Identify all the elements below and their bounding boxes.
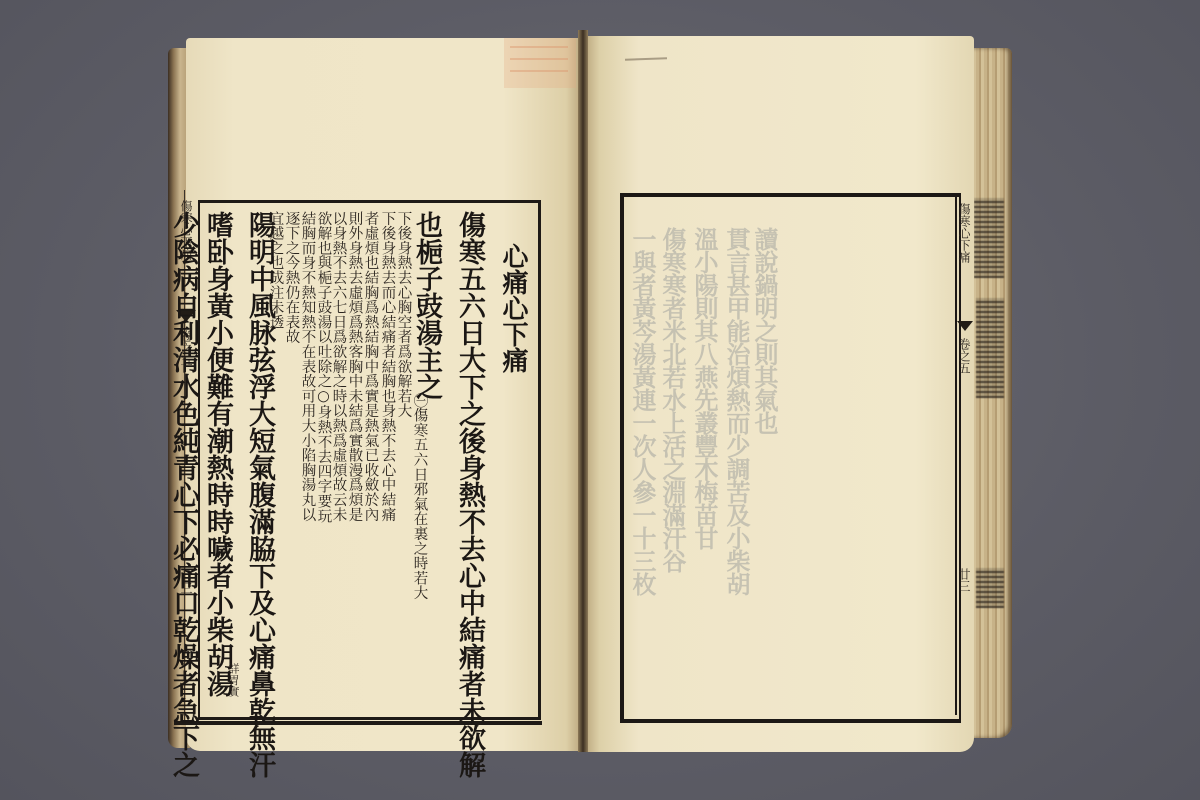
bleed-through-text: 溫小陽則其八燕先叢豐木梅苗甘 [692, 227, 716, 549]
bleed-through-text: 傷寒寒者米北若水上活之淵滿汗谷 [660, 227, 684, 572]
commentary-column: 下後身熱去而心結痛者結胸也身熱不去心中結痛 [380, 211, 395, 522]
left-text-frame: 心痛心下痛 傷寒五六日大下之後身熱不去心中結痛者未欲解 也梔子豉湯主之 ㊀傷寒五… [198, 200, 541, 720]
edge-ink-smear [976, 568, 1004, 608]
commentary-column: 下後身熱去心胸空者爲欲解若大 [396, 211, 411, 418]
edge-ink-smear [976, 298, 1004, 398]
margin-volume: 卷之五 [958, 338, 970, 374]
bleed-through-text: 讀說鍋明之則其氣也 [752, 227, 776, 434]
commentary-column: 以身熱不去六七日爲欲解之時以熱爲虛煩故云未 [331, 211, 346, 522]
margin-folio: 廿三 [958, 568, 970, 592]
commentary-column: 欲解也與梔子豉湯以吐除之○身熱不去四字要玩 [316, 211, 331, 523]
commentary-column: 者虛煩也結胸爲熱結胸中爲實是熱氣已收斂於內 [363, 211, 378, 522]
edge-ink-smear [974, 198, 1004, 278]
text-column: 也梔子豉湯主之 [413, 211, 440, 400]
right-text-frame: 讀說鍋明之則其氣也 貫言甚甲能治煩熱而少調苦及小柴胡 溫小陽則其八燕先叢豐木梅苗… [620, 193, 961, 723]
bleed-through-text: 一與者黃芩湯黃連一次人參一十三枚 [630, 227, 654, 595]
right-center-fold-margin: 傷寒心下痛 卷之五 廿三 [955, 193, 973, 715]
commentary-column: 則外身熱去虛煩爲熱客胸中未結爲實散漫爲煩是 [347, 211, 362, 522]
bleed-through-text: 貫言甚甲能治煩熱而少調苦及小柴胡 [724, 227, 748, 595]
commentary-column: ㊀傷寒五六日邪氣在裏之時若大 [412, 393, 427, 600]
margin-title: 傷寒心下痛 [958, 203, 970, 263]
text-column: 嗜卧身黃小便難有潮熱時時噦者小柴胡湯 [204, 211, 231, 697]
text-column: 少陰病自利清水色純青心下必痛口乾燥者急下之 [170, 211, 197, 778]
text-column: 傷寒五六日大下之後身熱不去心中結痛者未欲解 [456, 211, 483, 778]
commentary-column: 逐下之今熱仍在表故 [284, 211, 299, 344]
book-gutter [578, 30, 588, 752]
fish-tail-mark [957, 321, 973, 331]
section-heading: 心痛心下痛 [500, 243, 526, 373]
library-seal [504, 38, 576, 88]
book-fore-edge-right [968, 48, 1012, 738]
commentary-column: 結胸而身不熱知熱不在表故可用大小陷胸湯丸以 [300, 211, 315, 522]
annotation-note: 詳胃實 [228, 663, 239, 697]
commentary-column: 宜越之也成注未透 [268, 211, 283, 329]
